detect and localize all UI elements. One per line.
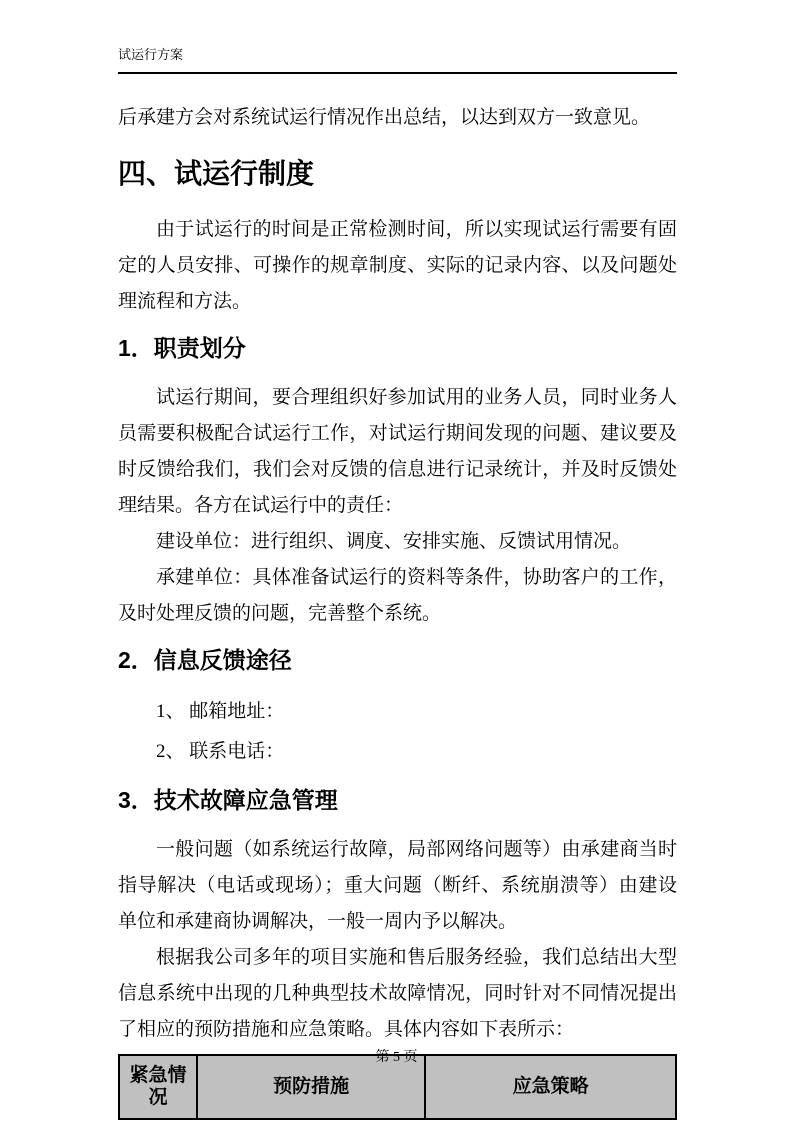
chapter-intro-paragraph: 由于试运行的时间是正常检测时间，所以实现试运行需要有固定的人员安排、可操作的规章… (118, 212, 677, 320)
page-footer: 第 5 页 (0, 1049, 793, 1067)
document-page: 试运行方案 后承建方会对系统试运行情况作出总结，以达到双方一致意见。 四、试运行… (0, 0, 793, 1122)
chapter-heading: 四、试运行制度 (118, 156, 677, 192)
section-heading-emergency: 3．技术故障应急管理 (118, 784, 677, 816)
feedback-item-email: 1、 邮箱地址： (118, 692, 677, 732)
page-header: 试运行方案 (118, 46, 677, 74)
construction-unit-paragraph: 建设单位：进行组织、调度、安排实施、反馈试用情况。 (118, 524, 677, 560)
feedback-item-phone: 2、 联系电话： (118, 732, 677, 772)
section-heading-feedback: 2．信息反馈途径 (118, 644, 677, 676)
emergency-summary-paragraph: 根据我公司多年的项目实施和售后服务经验，我们总结出大型信息系统中出现的几种典型技… (118, 940, 677, 1048)
responsibility-paragraph: 试运行期间，要合理组织好参加试用的业务人员，同时业务人员需要积极配合试运行工作，… (118, 380, 677, 524)
paragraph-continuation: 后承建方会对系统试运行情况作出总结，以达到双方一致意见。 (118, 100, 677, 136)
page-number: 第 5 页 (376, 1050, 418, 1065)
contractor-unit-paragraph: 承建单位：具体准备试运行的资料等条件，协助客户的工作，及时处理反馈的问题，完善整… (118, 560, 677, 632)
emergency-general-paragraph: 一般问题（如系统运行故障，局部网络问题等）由承建商当时指导解决（电话或现场）；重… (118, 832, 677, 940)
page-header-title: 试运行方案 (118, 47, 183, 62)
section-heading-responsibility: 1．职责划分 (118, 332, 677, 364)
